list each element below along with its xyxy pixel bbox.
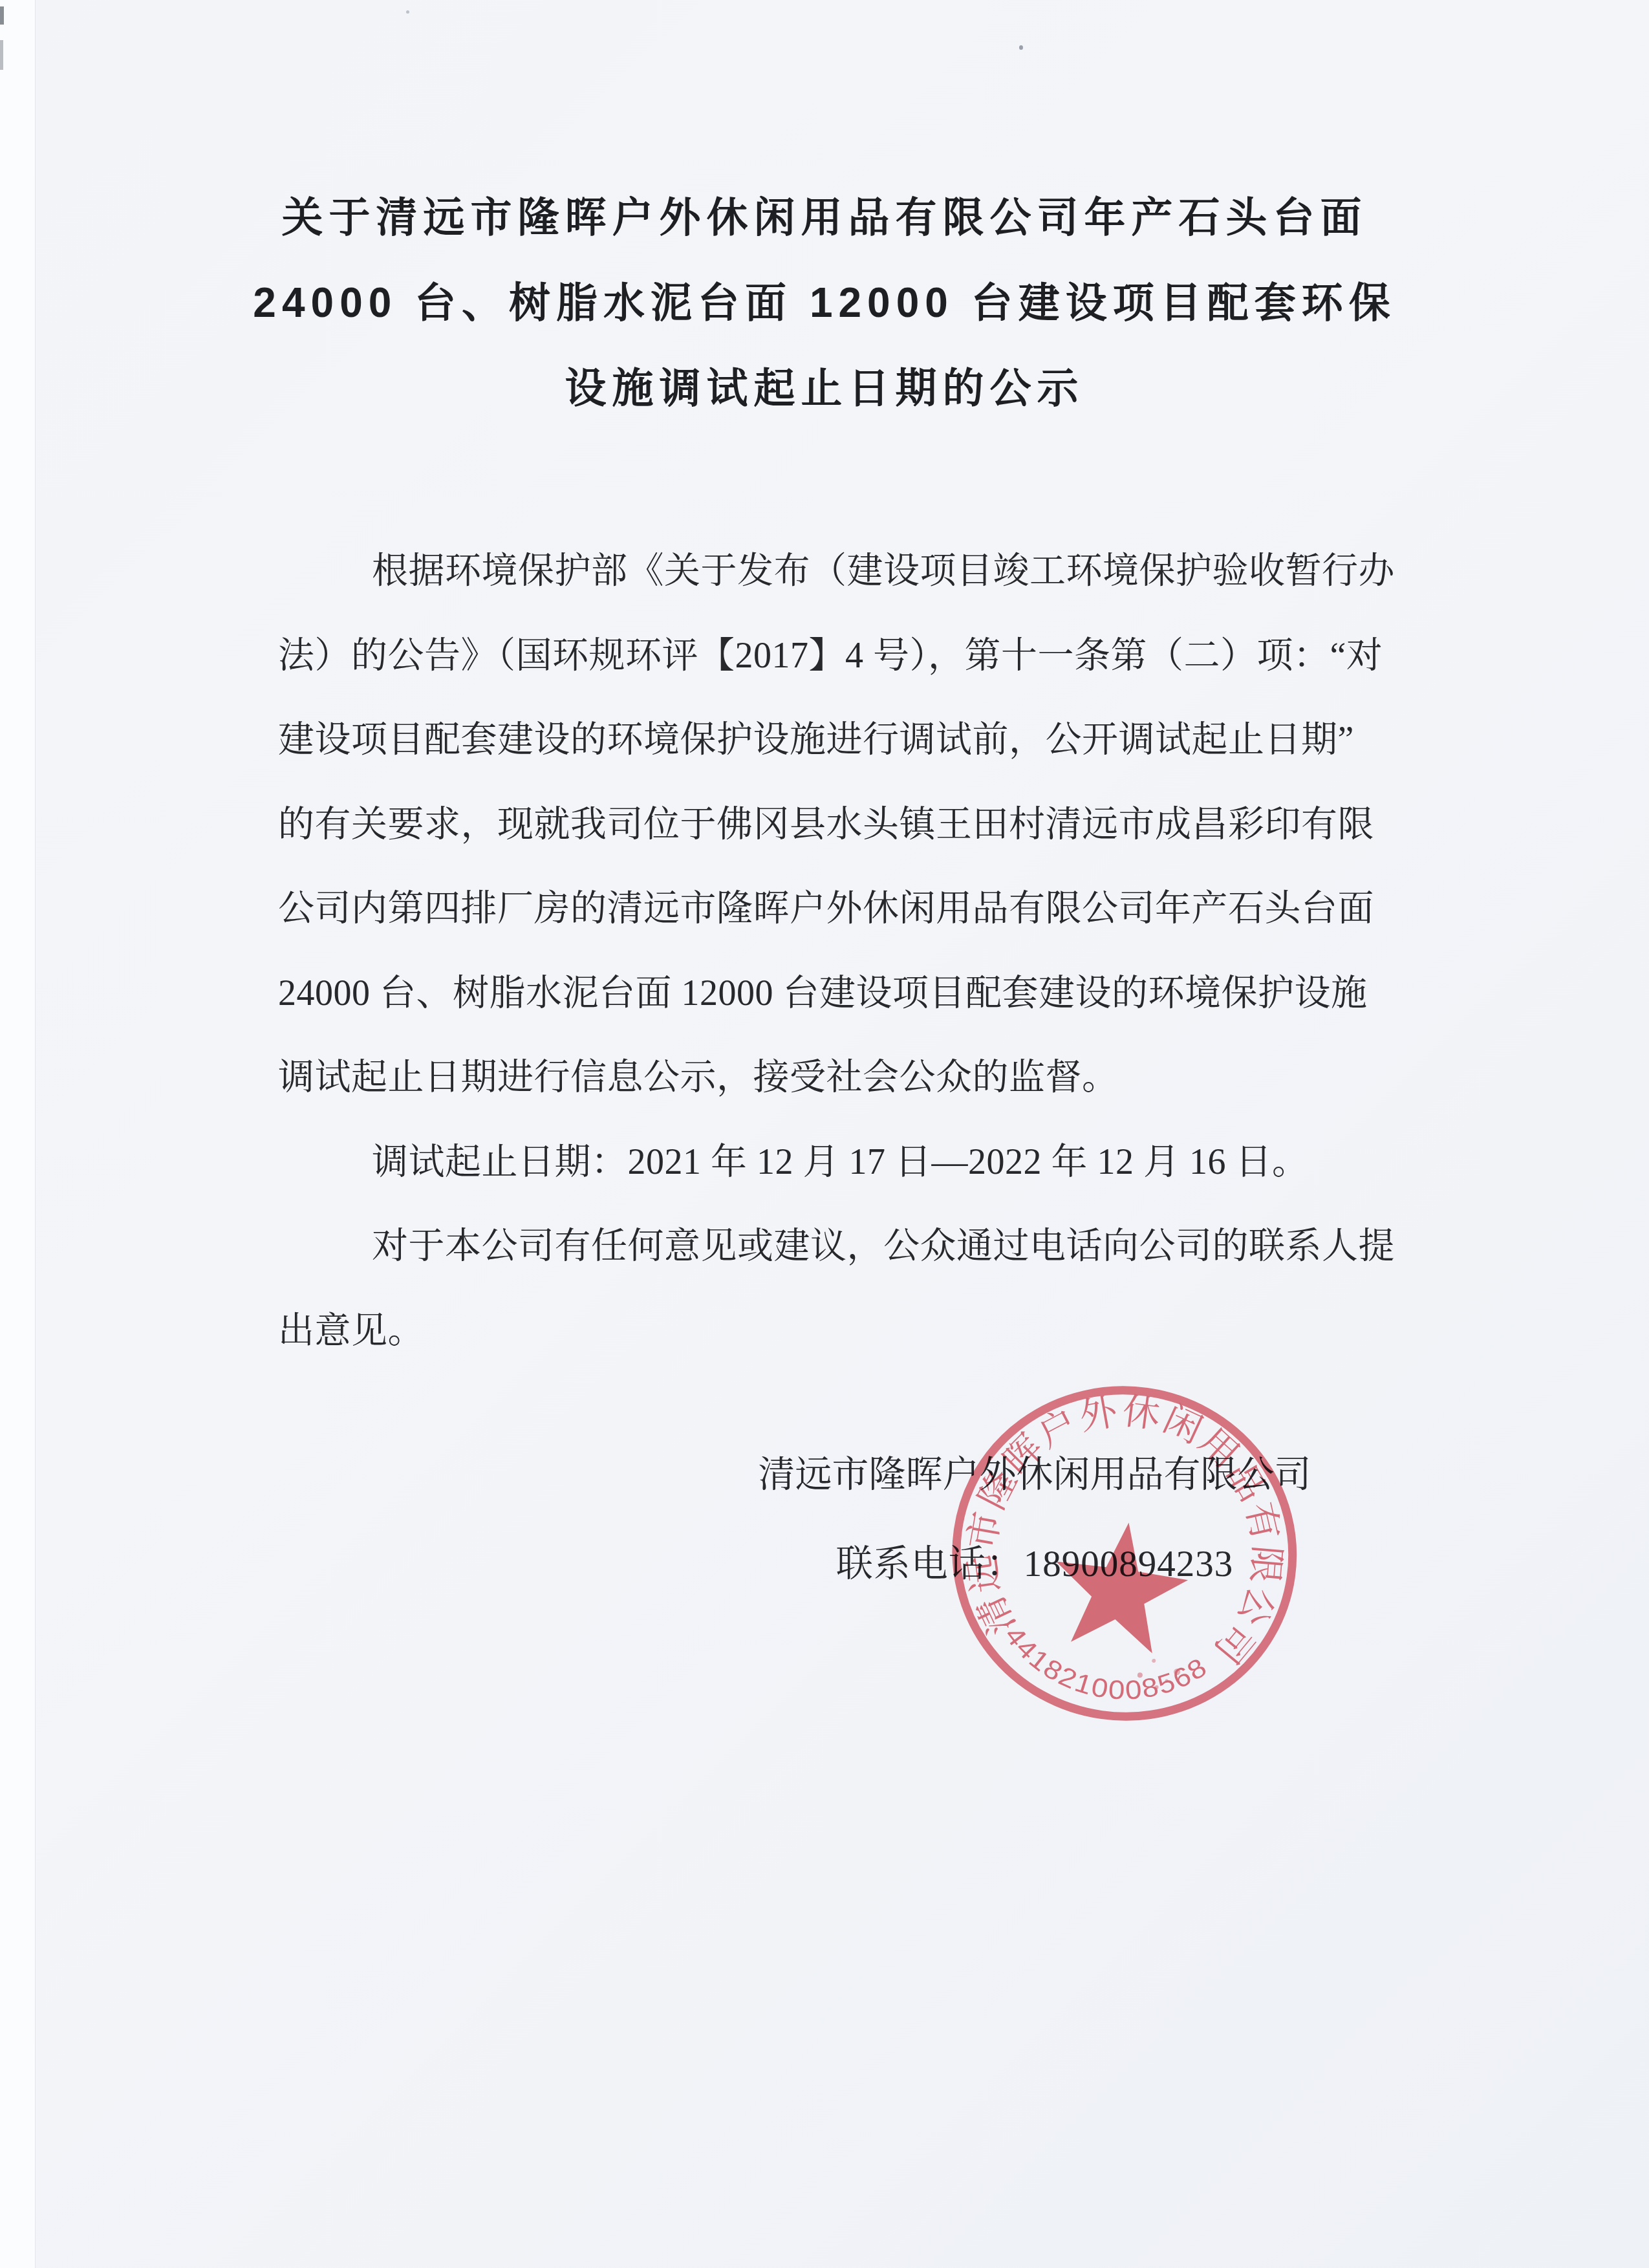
document-page: 关于清远市隆晖户外休闲用品有限公司年产石头台面 24000 台、树脂水泥台面 1…: [0, 0, 1649, 2268]
seal-star-icon: [1045, 1513, 1194, 1657]
body-line: 建设项目配套建设的环境保护设施进行调试前，公开调试起止日期”: [278, 698, 1377, 783]
commissioning-dates-line: 调试起止日期：2021 年 12 月 17 日—2022 年 12 月 16 日…: [278, 1120, 1377, 1205]
body-line: 出意见。: [278, 1289, 1377, 1374]
body-line: 法）的公告》（国环规环评【2017】4 号），第十一条第（二）项：“对: [278, 614, 1377, 698]
scan-artifact: [1019, 45, 1023, 50]
body-line: 根据环境保护部《关于发布（建设项目竣工环境保护验收暂行办: [278, 529, 1377, 614]
scan-artifact: [0, 6, 4, 25]
body-line: 24000 台、树脂水泥台面 12000 台建设项目配套建设的环境保护设施: [278, 951, 1377, 1036]
notice-title: 关于清远市隆晖户外休闲用品有限公司年产石头台面 24000 台、树脂水泥台面 1…: [0, 175, 1649, 431]
title-line: 设施调试起止日期的公示: [0, 345, 1649, 431]
scan-artifact: [406, 10, 409, 14]
company-seal-stamp-icon: 清远市隆晖户外休闲用品有限公司 4418210008568: [913, 1353, 1335, 1761]
body-line: 调试起止日期进行信息公示，接受社会公众的监督。: [278, 1035, 1377, 1120]
title-line: 24000 台、树脂水泥台面 12000 台建设项目配套环保: [0, 260, 1649, 345]
notice-body: 根据环境保护部《关于发布（建设项目竣工环境保护验收暂行办 法）的公告》（国环规环…: [278, 529, 1377, 1373]
scan-artifact: [0, 40, 3, 70]
body-line: 对于本公司有任何意见或建议，公众通过电话向公司的联系人提: [278, 1204, 1377, 1289]
body-line: 的有关要求，现就我司位于佛冈县水头镇王田村清远市成昌彩印有限: [278, 783, 1377, 867]
title-line: 关于清远市隆晖户外休闲用品有限公司年产石头台面: [0, 175, 1649, 260]
body-line: 公司内第四排厂房的清远市隆晖户外休闲用品有限公司年产石头台面: [278, 867, 1377, 951]
